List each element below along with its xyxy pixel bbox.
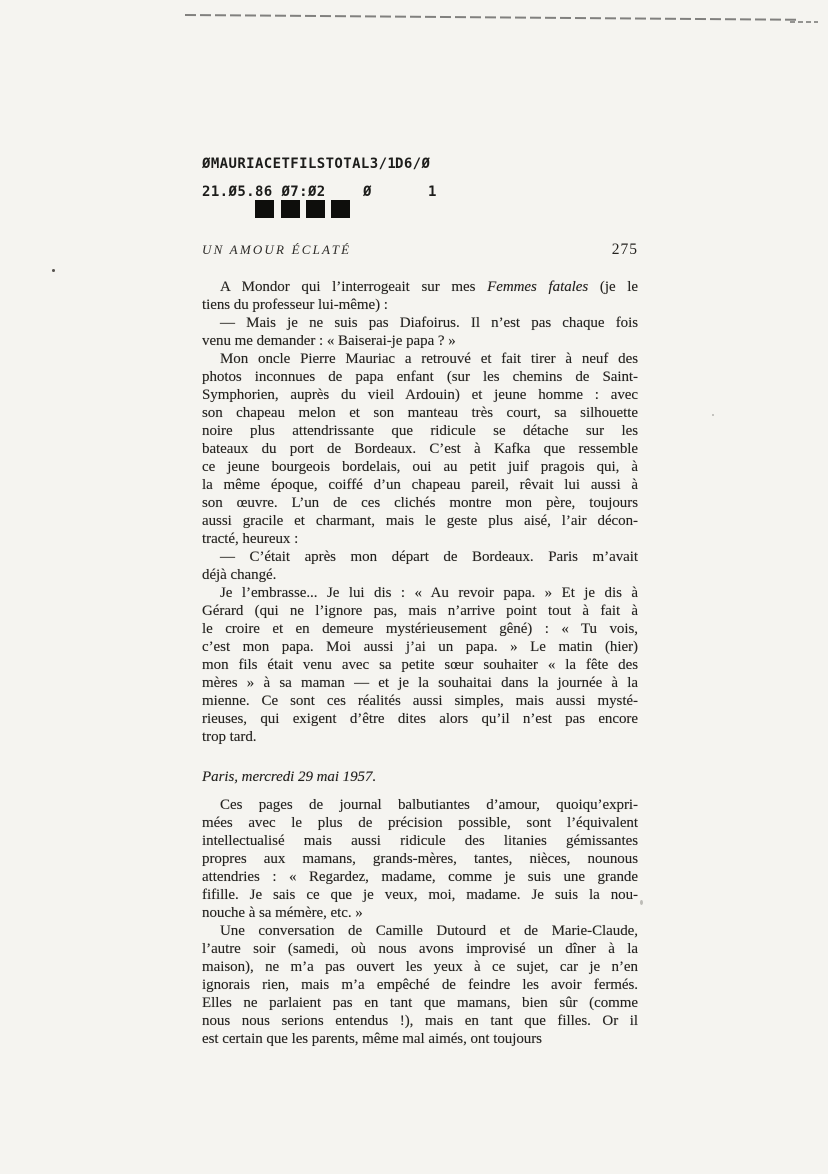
body-line: mienne. Ce sont ces réalités aussi simpl…	[202, 692, 638, 710]
italic-phrase: Femmes fatales	[487, 279, 588, 295]
fax-header-datetime: 21.Ø5.86 Ø7:Ø2	[202, 184, 326, 200]
scanned-book-page: ØMAURIACETFILSTOTAL3/1 D6/Ø 21.Ø5.86 Ø7:…	[0, 0, 828, 1174]
text-span: A Mondor qui l’interrogeait sur mes	[220, 279, 487, 295]
paragraph: — Mais je ne suis pas Diafoirus. Il n’es…	[202, 314, 638, 350]
registration-block-icon	[255, 200, 274, 218]
body-line: rieuses, qui exigent d’être dites alors …	[202, 710, 638, 728]
body-line: est certain que les parents, même mal ai…	[202, 1030, 638, 1048]
body-line: intellectualisé mais aussi ridicule des …	[202, 832, 638, 850]
registration-block-icon	[281, 200, 300, 218]
ink-speck	[712, 414, 714, 416]
body-line: Une conversation de Camille Dutourd et d…	[202, 922, 638, 940]
body-line: venu me demander : « Baiserai-je papa ? …	[202, 332, 638, 350]
paragraph: Ces pages de journal balbutiantes d’amou…	[202, 796, 638, 922]
paragraph: — C’était après mon départ de Bordeaux. …	[202, 548, 638, 584]
body-line: trop tard.	[202, 728, 638, 746]
chapter-title: UN AMOUR ÉCLATÉ	[202, 242, 351, 258]
registration-block-icon	[331, 200, 350, 218]
body-line: A Mondor qui l’interrogeait sur mes Femm…	[202, 278, 638, 296]
body-line: propres aux mamans, grands-mères, tantes…	[202, 850, 638, 868]
body-line: nous nous serions entendus !), mais en t…	[202, 1012, 638, 1030]
body-line: la même époque, coiffé d’un chapeau pare…	[202, 476, 638, 494]
body-line: nouche à sa mémère, etc. »	[202, 904, 638, 922]
body-line: fifille. Je sais ce que je veux, moi, ma…	[202, 886, 638, 904]
paragraph: Mon oncle Pierre Mauriac a retrouvé et f…	[202, 350, 638, 548]
scanner-artifact-line-short	[790, 21, 818, 23]
body-line: photos inconnues de papa enfant (sur les…	[202, 368, 638, 386]
body-line: Symphorien, auprès du vieil Ardouin) et …	[202, 386, 638, 404]
body-line: — C’était après mon départ de Bordeaux. …	[202, 548, 638, 566]
body-line: Ces pages de journal balbutiantes d’amou…	[202, 796, 638, 814]
body-line: bateaux du port de Bordeaux. C’est à Kaf…	[202, 440, 638, 458]
body-line: mon fils était venu avec sa petite sœur …	[202, 656, 638, 674]
body-line: mères » à sa maman — et je la souhaitai …	[202, 674, 638, 692]
body-line: son chapeau melon et son manteau très co…	[202, 404, 638, 422]
body-line: noire plus attendrissante que ridicule s…	[202, 422, 638, 440]
body-line: Mon oncle Pierre Mauriac a retrouvé et f…	[202, 350, 638, 368]
body-line: — Mais je ne suis pas Diafoirus. Il n’es…	[202, 314, 638, 332]
running-head: UN AMOUR ÉCLATÉ 275	[202, 241, 638, 259]
dateline: Paris, mercredi 29 mai 1957.	[202, 768, 638, 786]
body-line: ignorais rien, mais m’a empêché de feind…	[202, 976, 638, 994]
body-line: déjà changé.	[202, 566, 638, 584]
paragraph: Je l’embrasse... Je lui dis : « Au revoi…	[202, 584, 638, 746]
body-line: aussi gracile et charmant, mais le geste…	[202, 512, 638, 530]
body-text: A Mondor qui l’interrogeait sur mes Femm…	[202, 278, 638, 1048]
body-line: Elles ne parlaient pas en tant que maman…	[202, 994, 638, 1012]
body-line: Je l’embrasse... Je lui dis : « Au revoi…	[202, 584, 638, 602]
ink-speck	[52, 269, 55, 272]
paragraph: Une conversation de Camille Dutourd et d…	[202, 922, 638, 1048]
body-line: le croire et en demeure mystérieusement …	[202, 620, 638, 638]
fax-header-document-code: ØMAURIACETFILSTOTAL3/1	[202, 156, 396, 172]
paragraph: A Mondor qui l’interrogeait sur mes Femm…	[202, 278, 638, 314]
fax-header-page-code: D6/Ø	[395, 156, 430, 172]
registration-block-icon	[306, 200, 325, 218]
body-line: mées avec le plus de précision possible,…	[202, 814, 638, 832]
fax-header-counter-zero: Ø	[363, 184, 372, 200]
body-line: l’autre soir (samedi, où nous avons impr…	[202, 940, 638, 958]
body-line: maison), ne m’a pas ouvert les yeux à ce…	[202, 958, 638, 976]
text-span: (je le	[588, 279, 638, 295]
body-line: son œuvre. L’un de ces clichés montre mo…	[202, 494, 638, 512]
fax-header-counter-one: 1	[428, 184, 437, 200]
body-line: ce jeune bourgeois bordelais, oui au pet…	[202, 458, 638, 476]
body-line: tiens du professeur lui-même) :	[202, 296, 638, 314]
scanner-artifact-line	[185, 14, 797, 21]
ink-speck	[640, 900, 643, 905]
body-line: c’est mon papa. Moi aussi j’ai un papa. …	[202, 638, 638, 656]
body-line: attendries : « Regardez, madame, comme j…	[202, 868, 638, 886]
page-number: 275	[612, 241, 638, 259]
body-line: tracté, heureux :	[202, 530, 638, 548]
body-line: Gérard (qui ne l’ignore pas, mais n’arri…	[202, 602, 638, 620]
